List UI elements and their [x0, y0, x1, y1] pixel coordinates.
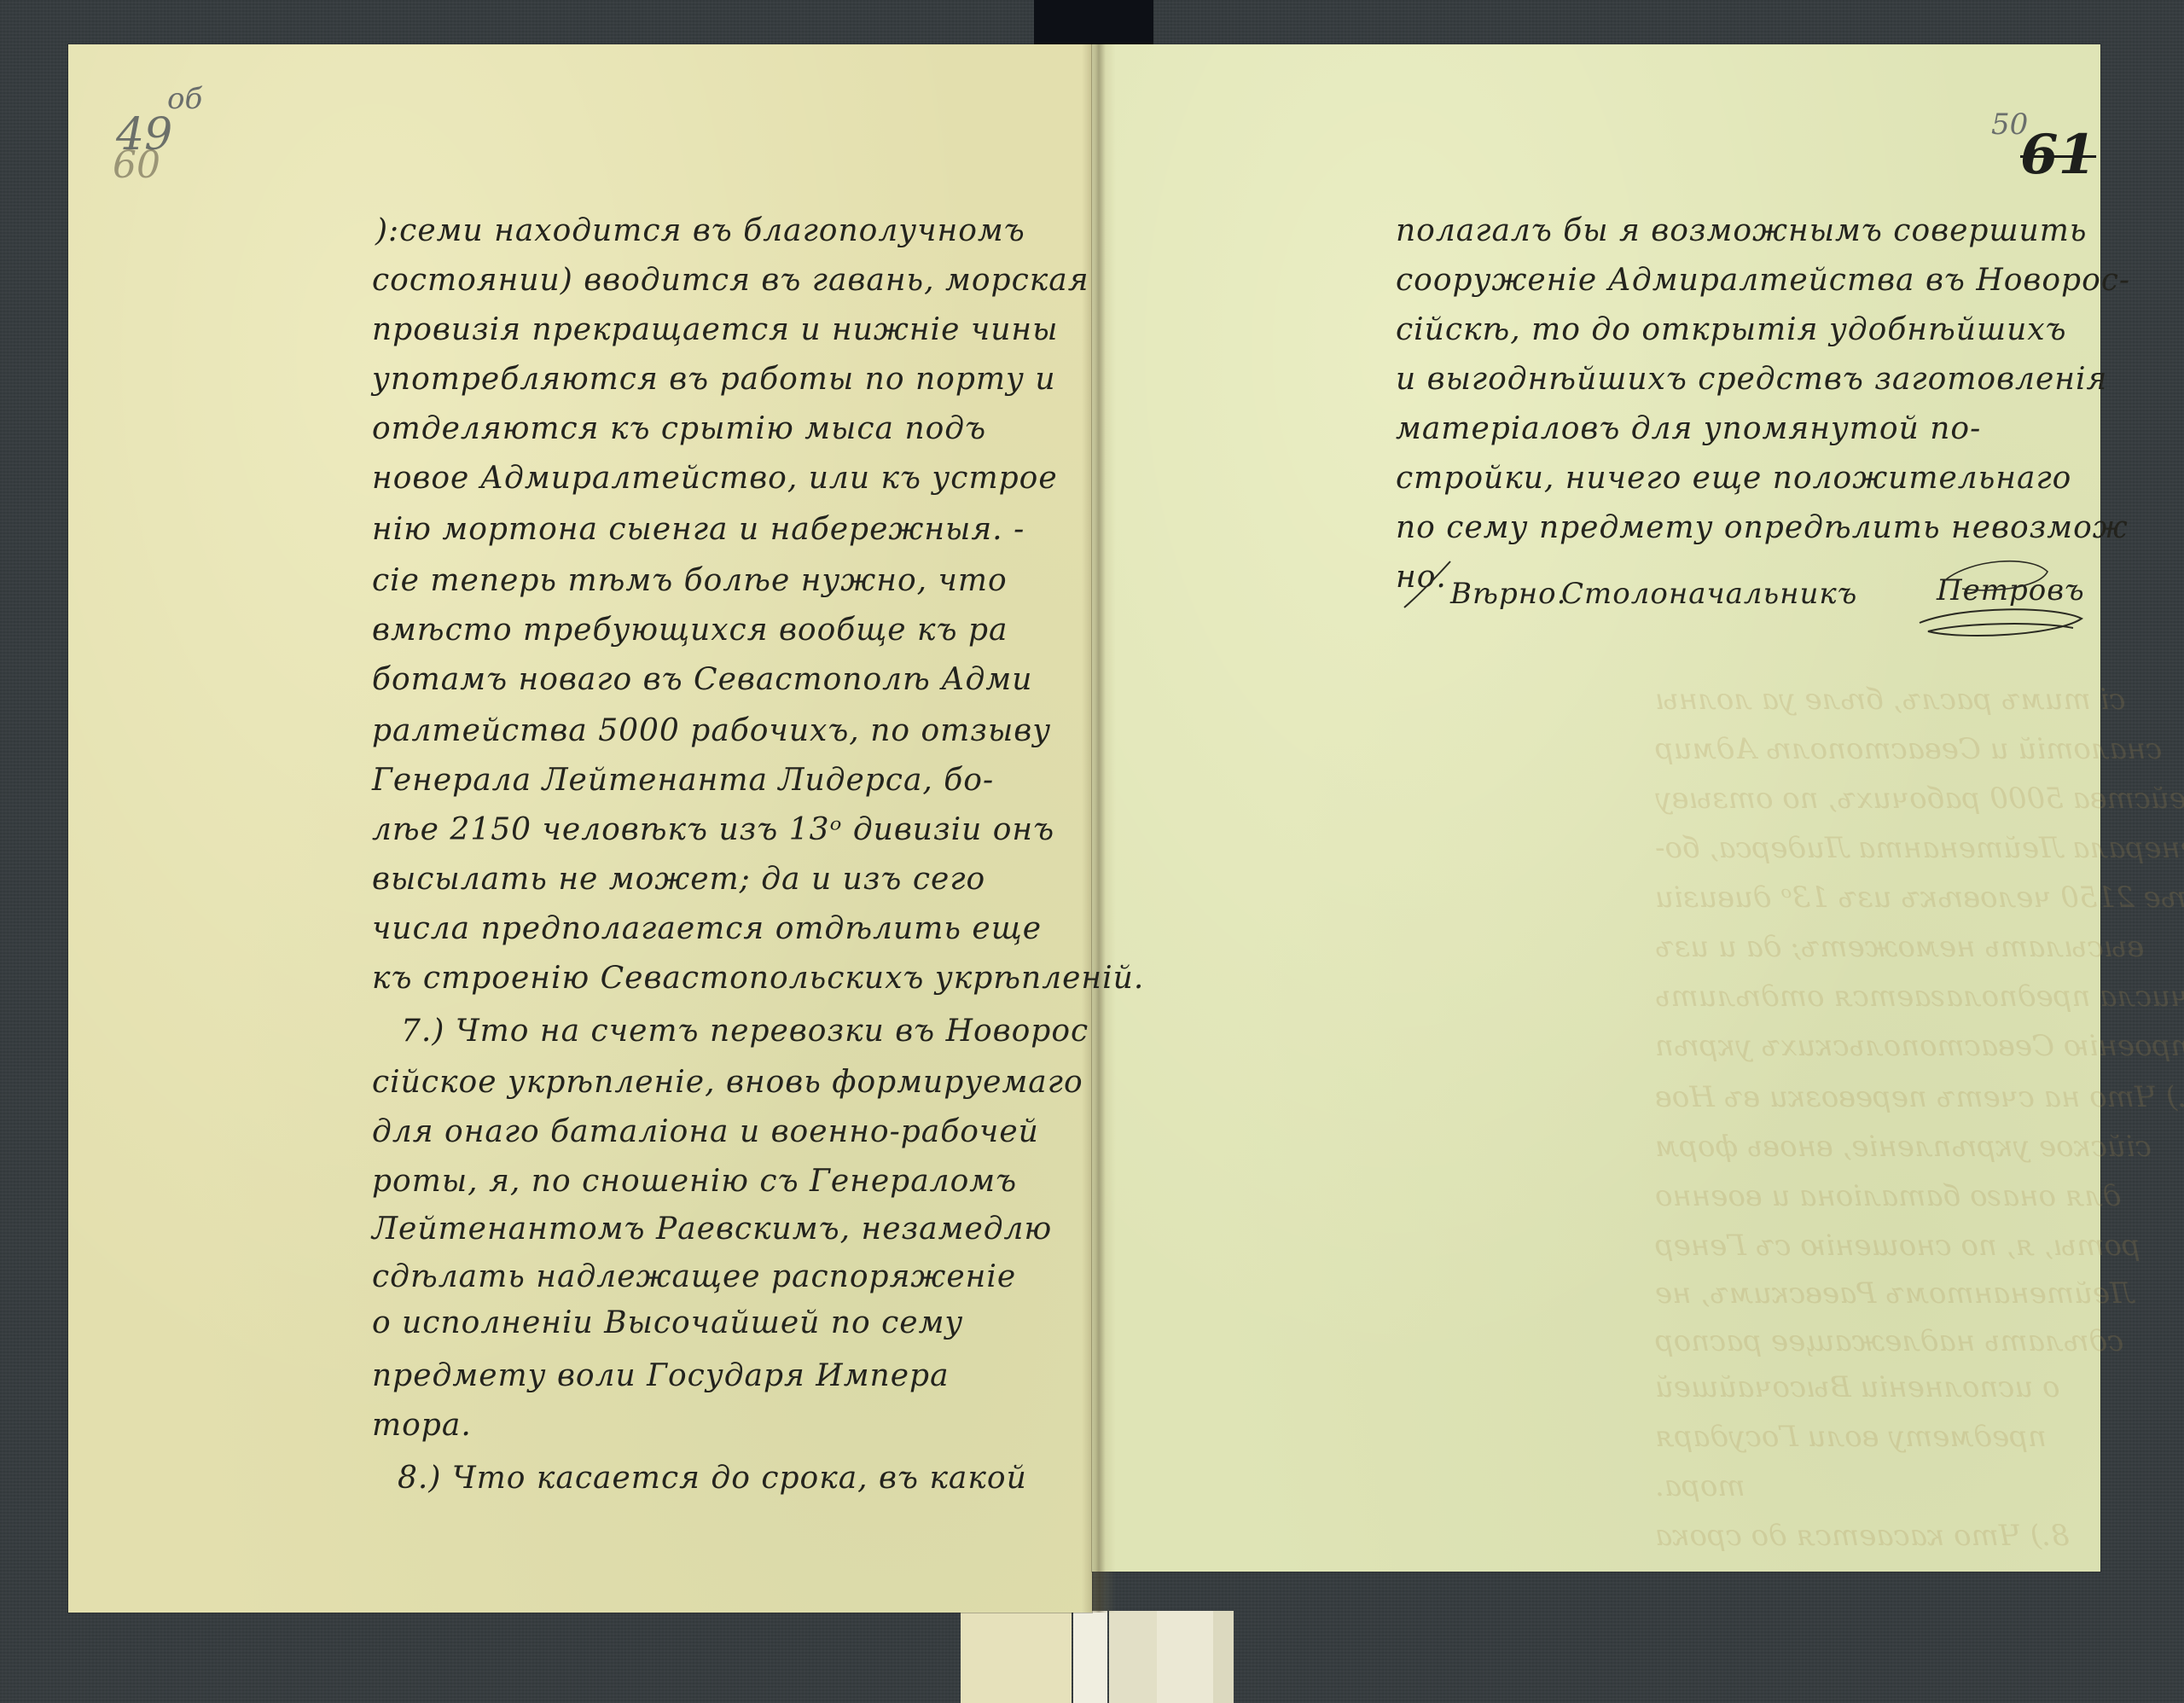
- bleed-line: высылать неможетъ; да и изъ: [1655, 930, 2144, 964]
- bleed-line: Генерала Лейтенанта Лидерса, бо-: [1655, 831, 2184, 865]
- bleed-line: сдѣлать надлежащее распор: [1655, 1324, 2123, 1358]
- binding-strip: [1073, 1611, 1107, 1703]
- binding-strip: [961, 1611, 1072, 1703]
- bleed-line: роты, я, по сношенію съ Генер: [1655, 1229, 2140, 1263]
- folio-number-left-sup: об: [167, 82, 202, 116]
- text-line: ботамъ новаго въ Севастополѣ Адми: [372, 662, 1032, 697]
- text-line: ):семи находится въ благополучномъ: [375, 213, 1025, 248]
- text-line: нію мортона сыенга и набережныя. -: [372, 512, 1025, 547]
- text-line: роты, я, по сношенію съ Генераломъ: [372, 1164, 1017, 1199]
- text-line: отделяются къ срытію мыса подъ: [372, 411, 986, 446]
- bleed-line: сійское укрѣпленіе, вновь форм: [1655, 1130, 2152, 1164]
- text-line: вмѣсто требующихся вообще къ ра: [372, 613, 1008, 648]
- text-line: высылать не может; да и изъ сего: [372, 862, 985, 897]
- signature-flourish-icon: [1911, 555, 2090, 648]
- closing-stroke-icon: [1399, 555, 1459, 614]
- text-line: сіе теперь тѣмъ болѣе нужно, что: [372, 563, 1008, 598]
- bleed-line: 8.) Что касается до срока: [1655, 1519, 2070, 1553]
- text-line: лѣе 2150 человѣкъ изъ 13ᵒ дивизіи онъ: [372, 812, 1054, 847]
- text-line: стройки, ничего еще положительнаго: [1396, 461, 2071, 496]
- bleed-line: тора.: [1655, 1469, 1745, 1503]
- text-line: по сему предмету опредѣлить невозмож: [1396, 510, 2129, 545]
- text-line: ралтейства 5000 рабочихъ, по отзыву: [372, 713, 1051, 748]
- bleed-line: 7.) Что на счетъ перевозки въ Нов: [1655, 1080, 2184, 1114]
- bleed-line: о исполненіи Высочайшей: [1655, 1370, 2059, 1404]
- text-line: употребляются въ работы по порту и: [372, 362, 1056, 397]
- text-line: сійскѣ, то до открытія удобнѣйшихъ: [1396, 312, 2067, 347]
- text-line: и выгоднѣйшихъ средствъ заготовленія: [1396, 362, 2107, 397]
- text-line: тора.: [372, 1408, 472, 1443]
- text-line: 8.) Что касается до срока, въ какой: [398, 1461, 1027, 1496]
- bleed-line: сналотій и Севастополѣ Адмир: [1655, 732, 2162, 766]
- text-line: матеріаловъ для упомянутой по-: [1396, 411, 1981, 446]
- text-line: сдѣлать надлежащее распоряженіе: [372, 1259, 1016, 1294]
- attestation-verified: Вѣрно.: [1450, 577, 1566, 611]
- bleed-line: къ строенію Севастопольскихъ укрѣп: [1655, 1029, 2184, 1063]
- text-line: числа предполагается отдѣлить еще: [372, 911, 1042, 946]
- bleed-line: лѣе 2150 человѣкъ изъ 13ᵒ дивизіи: [1655, 881, 2184, 915]
- bleed-line: ралтейства 5000 рабочихъ, по отзыву: [1655, 782, 2184, 816]
- text-line: 7.) Что на счетъ перевозки въ Новорос: [401, 1014, 1089, 1049]
- text-line: новое Адмиралтейство, или къ устрое: [372, 461, 1058, 496]
- folio-number-left-faded: 60: [113, 143, 160, 187]
- text-line: сооруженіе Адмиралтейства въ Новорос-: [1396, 263, 2130, 298]
- text-line: сійское укрѣпленіе, вновь формируемаго: [372, 1065, 1083, 1100]
- binding-strip: [1157, 1611, 1213, 1703]
- text-line: Лейтенантомъ Раевскимъ, незамедлю: [372, 1212, 1052, 1247]
- binding-strip: [1213, 1611, 1234, 1703]
- text-line: предмету воли Государя Импера: [372, 1358, 950, 1393]
- folio-number-right-ink: 61: [2020, 123, 2096, 187]
- binding-strip: [1109, 1611, 1157, 1703]
- bleed-line: предмету воли Государя: [1655, 1420, 2047, 1454]
- bleed-line: числа предполагается отдѣлить: [1655, 979, 2184, 1014]
- text-line: Генерала Лейтенанта Лидерса, бо-: [372, 763, 994, 798]
- bleed-line: для онаго баталіона и военно: [1655, 1179, 2121, 1213]
- bleed-line: сі тимъ раслъ, бѣле уа лолны: [1655, 683, 2126, 717]
- text-line: для онаго баталіона и военно-рабочей: [372, 1114, 1039, 1149]
- text-line: о исполненіи Высочайшей по сему: [372, 1305, 963, 1340]
- bleed-line: Лейтенантомъ Раевскимъ, не: [1655, 1276, 2134, 1311]
- text-line: состоянии) вводится въ гавань, морская: [372, 263, 1089, 298]
- attestation-role: Столоначальникъ: [1561, 577, 1857, 611]
- text-line: къ строенію Севастопольскихъ укрѣпленій.: [372, 961, 1144, 996]
- text-line: полагалъ бы я возможнымъ совершить: [1396, 213, 2087, 248]
- binding-tab-top: [1034, 0, 1153, 49]
- text-line: провизія прекращается и нижніе чины: [372, 312, 1058, 347]
